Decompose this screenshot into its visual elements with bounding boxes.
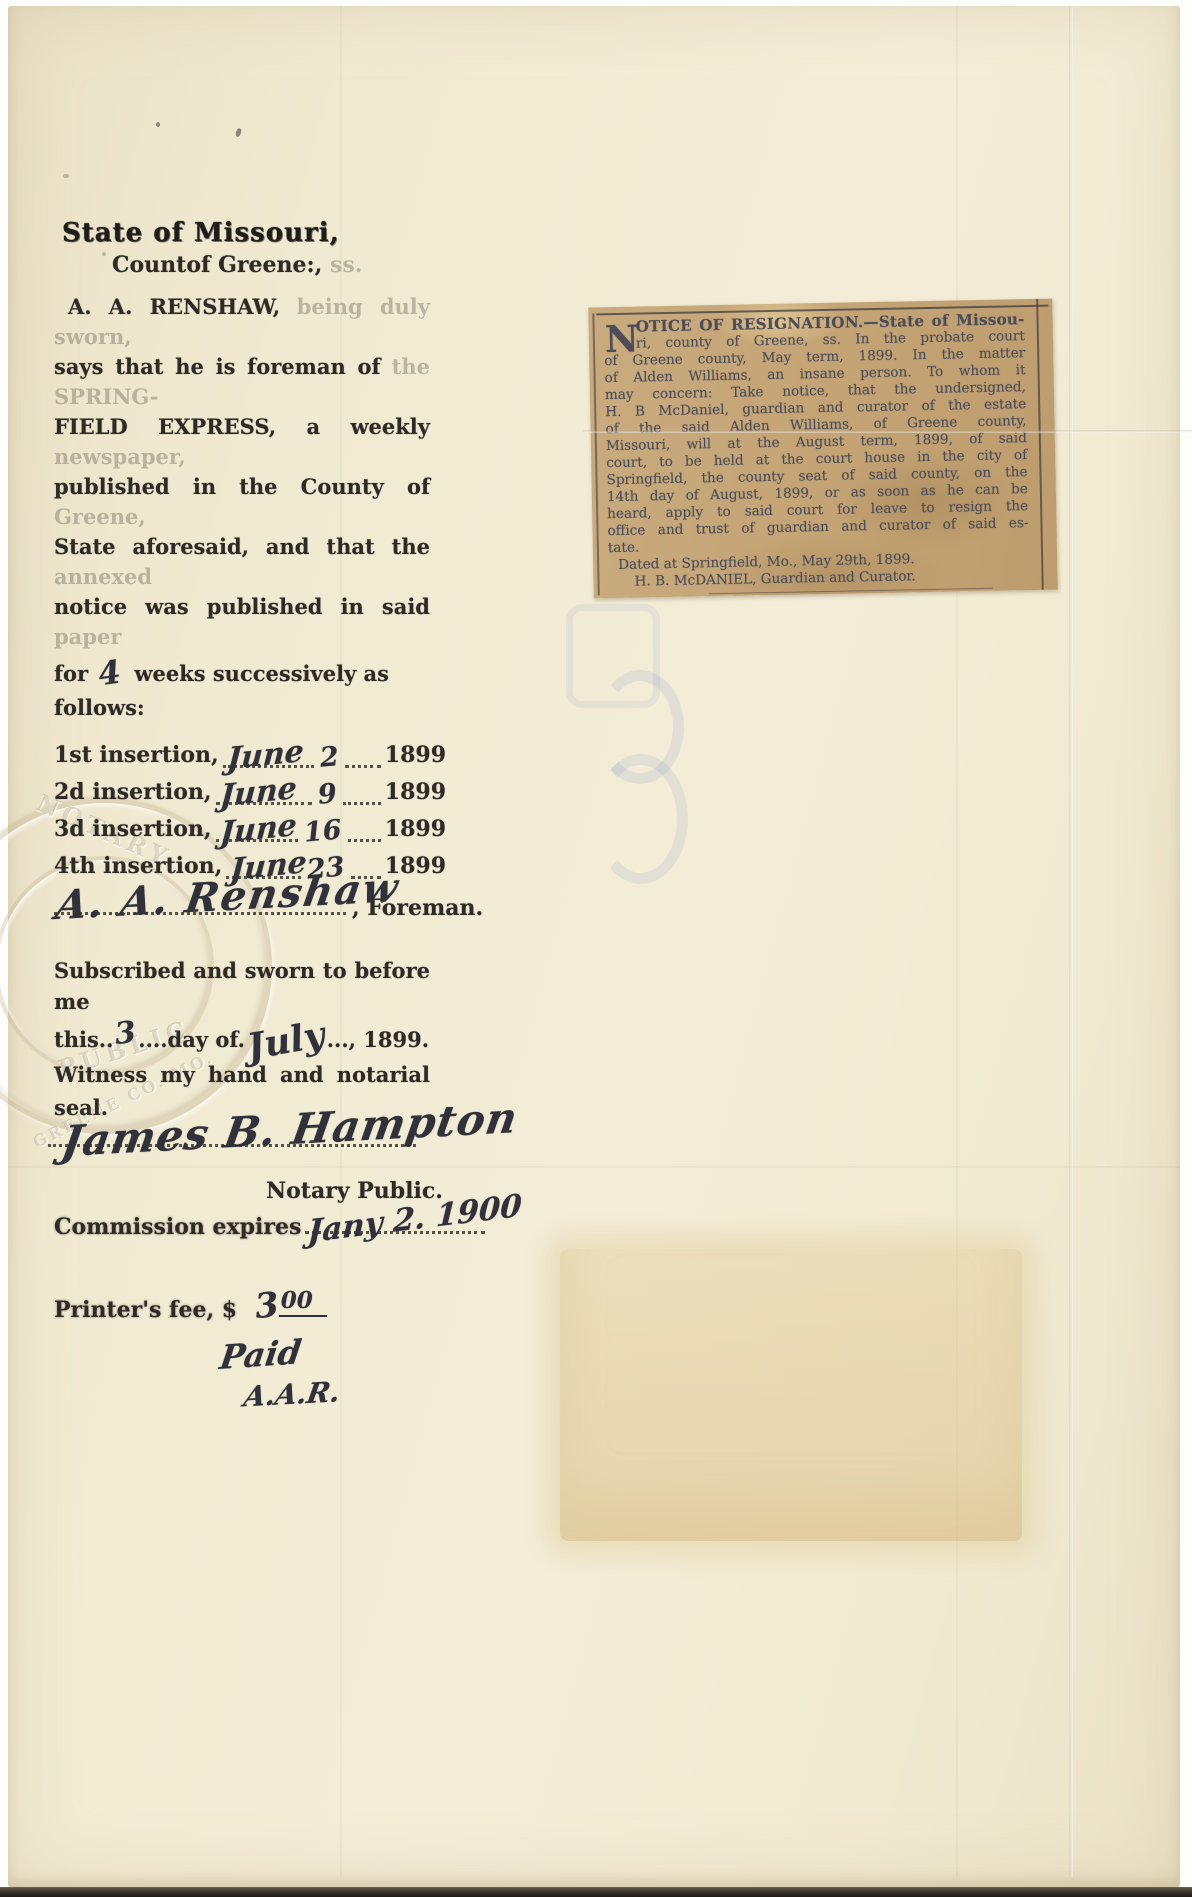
foreman-signature-line: A. A. Renshaw, Foreman. (54, 895, 446, 947)
dotted-leader: June (216, 833, 299, 842)
commission-line: Commission expiresJany 2. 1900 (54, 1214, 446, 1240)
dotted-leader (345, 759, 381, 768)
faded-text: newspaper, (54, 444, 186, 469)
faded-text: paper (54, 624, 121, 649)
insertion-label: 2d insertion, (54, 779, 212, 805)
ink-speck (235, 127, 243, 137)
sworn-date-line: this..3....day of.July..., 1899. (54, 1017, 446, 1058)
fee-label: Printer's fee, $ (54, 1297, 237, 1323)
affidavit-body-line: State aforesaid, and that the annexed (54, 532, 430, 592)
printed-text: A. A. RENSHAW, (68, 294, 280, 319)
drop-cap: N (605, 322, 639, 357)
dotted-leader (348, 833, 381, 842)
clipping-left-rule (592, 313, 599, 595)
scan-streak (956, 6, 958, 1877)
dotted-leader: A. A. Renshaw (54, 904, 346, 915)
clipping-column-rule (1036, 299, 1044, 590)
clipping-lines: OTICE OF RESIGNATION.—State of Missou- r… (603, 311, 1029, 591)
affidavit-body-line: notice was published in said paper (54, 592, 430, 652)
affidavit-body: A. A. RENSHAW, being duly sworn, says th… (54, 292, 446, 652)
handwritten-initials: A.A.R. (241, 1370, 448, 1414)
sworn-statement-line: Subscribed and sworn to before me (54, 955, 430, 1017)
handwritten-day: 16 (303, 814, 343, 848)
printed-text: published in the County of (54, 474, 430, 499)
ss-abbreviation: ss. (330, 252, 362, 278)
printed-text: State aforesaid, and that the (54, 534, 430, 559)
dotted-leader: James B. Hampton (48, 1136, 416, 1147)
printed-text: FIELD EXPRESS, a weekly (54, 414, 430, 439)
county-text: Countof Greene:, (112, 252, 322, 278)
insertion-row: 1st insertion, June 2 1899 (54, 731, 446, 768)
scanned-affidavit-page: { "page": { "header": { "state": "State … (0, 0, 1192, 1897)
dotted-leader: Jany 2. 1900 (305, 1225, 485, 1234)
printed-text: ....day of. (138, 1027, 245, 1052)
newspaper-clipping: N OTICE OF RESIGNATION.—State of Missou-… (588, 299, 1058, 599)
handwritten-weeks-count: 4 (96, 656, 123, 692)
affidavit-body-line: A. A. RENSHAW, being duly sworn, (54, 292, 430, 352)
printers-fee-line: Printer's fee, $300 (54, 1286, 446, 1326)
printed-text: says that he is foreman of (54, 354, 381, 379)
printed-text: notice was published in said (54, 594, 430, 619)
scan-edge-bar (0, 1887, 1192, 1897)
dotted-leader: June (216, 796, 312, 805)
ink-speck (63, 174, 69, 178)
dotted-leader (343, 796, 381, 805)
handwritten-fee-cents: 00 (279, 1287, 327, 1317)
handwritten-day: 2 (319, 741, 340, 774)
horizontal-fold-crease (583, 430, 1192, 433)
printed-text: for (54, 661, 88, 686)
glue-stain (560, 1249, 1022, 1541)
vertical-fold-crease (1069, 6, 1073, 1877)
commission-label: Commission expires (54, 1214, 301, 1240)
faded-text: annexed (54, 564, 152, 589)
dotted-leader: June (223, 759, 314, 768)
affidavit-body-line: FIELD EXPRESS, a weekly newspaper, (54, 412, 430, 472)
printed-text: this.. (54, 1027, 113, 1052)
insertion-label: 1st insertion, (54, 742, 219, 768)
handwritten-day: 9 (316, 778, 337, 811)
insertion-rows: 1st insertion, June 2 1899 2d insertion,… (54, 731, 446, 879)
notary-signature-line: James B. Hampton (54, 1128, 446, 1176)
handwritten-day: 3 (114, 1015, 139, 1053)
clipping-text: N OTICE OF RESIGNATION.—State of Missou-… (603, 311, 1029, 591)
document-paper: NOTARY PUBLIC GREENE CO. MO. State of Mi… (8, 6, 1180, 1887)
printed-year: 1899 (385, 742, 446, 768)
insertion-label: 3d insertion, (54, 816, 212, 842)
affidavit-form: State of Missouri, Countof Greene:, ss. … (54, 218, 446, 1408)
printed-year: 1899 (385, 816, 446, 842)
handwritten-fee-dollars: 3 (253, 1285, 281, 1327)
printed-text: ..., 1899. (327, 1027, 429, 1052)
county-heading: Countof Greene:, ss. (112, 252, 446, 278)
handwritten-paid: Paid (218, 1322, 449, 1377)
faded-text: Greene, (54, 504, 146, 529)
affidavit-body-line: published in the County of Greene, (54, 472, 430, 532)
affidavit-body-line: says that he is foreman of the SPRING- (54, 352, 430, 412)
printed-year: 1899 (385, 779, 446, 805)
state-heading: State of Missouri, (62, 218, 446, 248)
ink-speck (156, 122, 160, 127)
weeks-line: for4weeks successively as follows: (54, 654, 446, 725)
bleed-through-mark (594, 754, 688, 884)
